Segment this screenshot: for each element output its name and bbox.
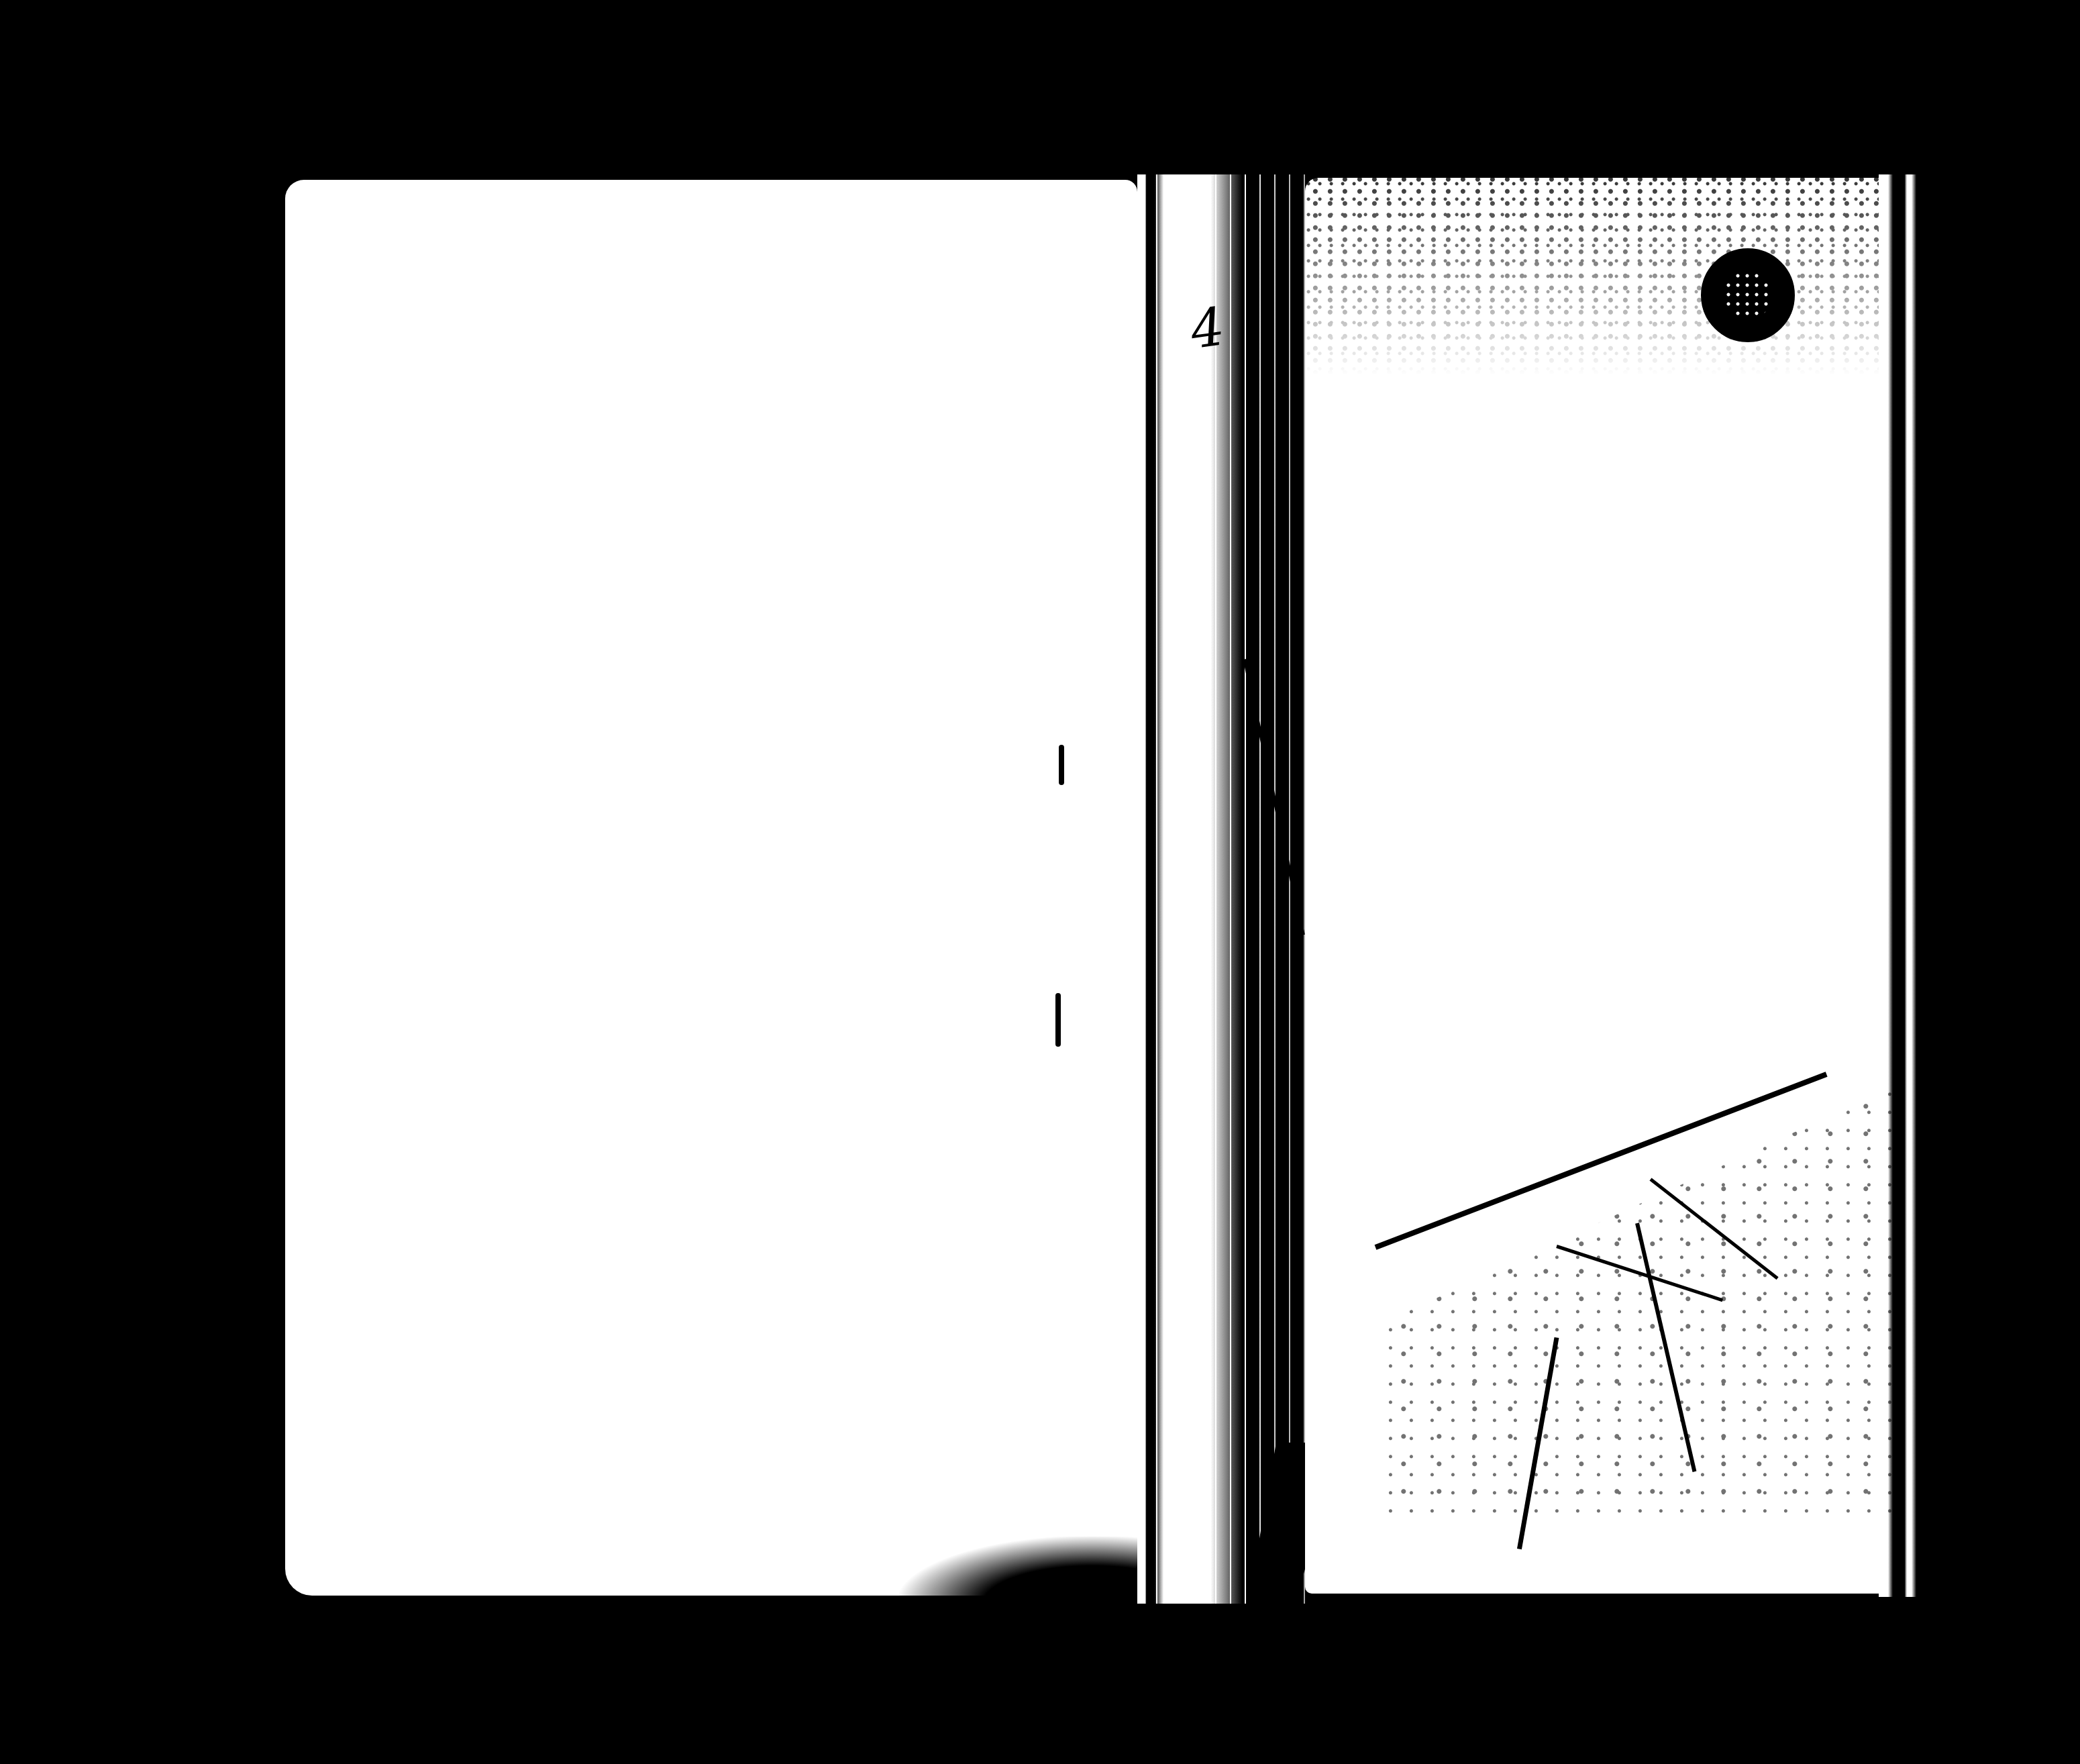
left-page-mark	[1059, 745, 1064, 785]
book-spine	[1137, 174, 1305, 1604]
spine-edge	[1141, 174, 1145, 1604]
circular-stamp-mark	[1701, 248, 1795, 342]
left-page-bottom-stain	[899, 1537, 1141, 1604]
scanned-book-spread: 4	[0, 0, 2080, 1764]
left-page-mark	[1055, 993, 1061, 1047]
left-page	[285, 180, 1137, 1596]
right-page-top-damage	[1305, 174, 1909, 376]
